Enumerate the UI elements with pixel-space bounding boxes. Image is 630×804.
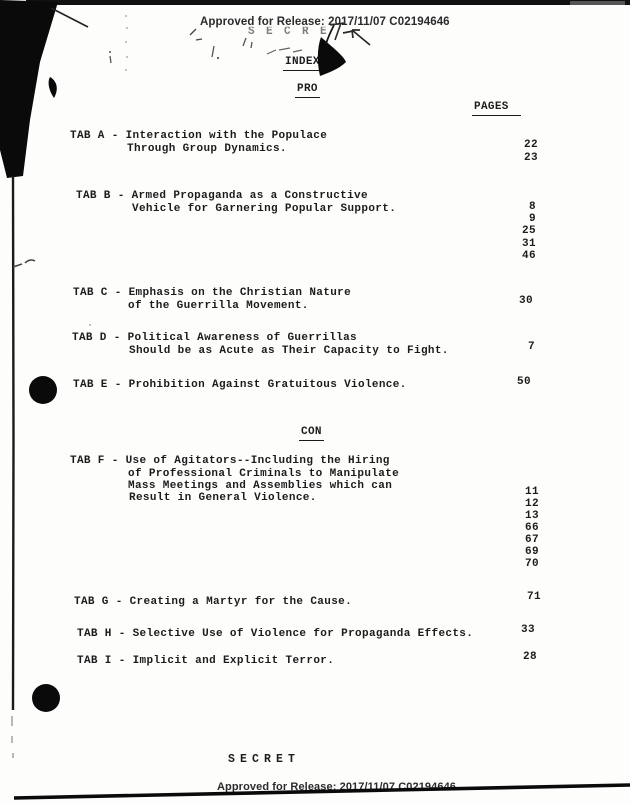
scan-artifacts-layer	[0, 0, 630, 804]
pen-annotation-marks	[212, 38, 252, 57]
page-number: 11	[525, 487, 539, 498]
approval-stamp-bottom: Approved for Release: 2017/11/07 C021946…	[217, 781, 456, 793]
pen-tick-before-stamp	[190, 29, 202, 40]
pen-dot	[217, 57, 219, 59]
toc-entry-line: TAB I - Implicit and Explicit Terror.	[77, 656, 334, 667]
page-number: 66	[525, 523, 539, 534]
toc-entry-line: Through Group Dynamics.	[127, 144, 287, 155]
page-number: 50	[517, 377, 531, 388]
page-number: 12	[525, 499, 539, 510]
page-number: 13	[525, 511, 539, 522]
page-number: 7	[528, 342, 535, 353]
page-number: 8	[529, 202, 536, 213]
toc-entry-line: of the Guerrilla Movement.	[128, 301, 309, 312]
section-heading-pro: PRO	[295, 84, 320, 98]
hole-punch-middle	[29, 376, 57, 404]
toc-entry-line: of Professional Criminals to Manipulate	[128, 469, 399, 480]
scan-speck	[89, 324, 91, 326]
scan-edge-line-left	[13, 176, 14, 710]
toc-entry-line: Mass Meetings and Assemblies which can	[128, 481, 392, 492]
stray-mark-i-dot	[109, 51, 111, 53]
pen-squiggle-above-title	[267, 48, 302, 54]
page-number: 31	[522, 239, 536, 250]
toc-entry-line: TAB H - Selective Use of Violence for Pr…	[77, 629, 473, 640]
toc-entry-line: Result in General Violence.	[129, 493, 317, 504]
toc-entry-line: TAB E - Prohibition Against Gratuitous V…	[73, 380, 407, 391]
ink-smudge-comma	[49, 77, 57, 98]
page-number: 25	[522, 226, 536, 237]
scan-dots-column	[125, 15, 128, 71]
page-number: 71	[527, 592, 541, 603]
toc-entry-line: TAB D - Political Awareness of Guerrilla…	[72, 333, 357, 344]
scan-wedge-top-left	[0, 0, 58, 178]
ink-blot	[318, 37, 346, 76]
pen-annotation-arrow	[343, 30, 370, 45]
toc-entry-line: TAB F - Use of Agitators--Including the …	[70, 456, 390, 467]
page-number: 22	[524, 140, 538, 151]
hole-punch-bottom	[32, 684, 60, 712]
classification-stamp-partial: S E C R E	[248, 27, 329, 35]
section-heading-con: CON	[299, 427, 324, 441]
classification-footer: S E C R E T	[228, 754, 294, 765]
toc-entry-line: Vehicle for Garnering Popular Support.	[132, 204, 396, 215]
page-number: 46	[522, 251, 536, 262]
document-title: INDEX	[283, 57, 322, 71]
toc-entry-line: TAB B - Armed Propaganda as a Constructi…	[76, 191, 368, 202]
pen-annotation-dash-left	[13, 260, 35, 267]
page-number: 23	[524, 153, 538, 164]
document-page: Approved for Release: 2017/11/07 C021946…	[0, 0, 630, 804]
scan-edge-dashes	[12, 716, 13, 758]
stray-mark-i	[110, 56, 111, 63]
scan-bar-top-faded	[570, 1, 625, 5]
page-number: 33	[521, 625, 535, 636]
pages-column-header: PAGES	[472, 102, 521, 116]
page-number: 30	[519, 296, 533, 307]
page-number: 28	[523, 652, 537, 663]
page-number: 67	[525, 535, 539, 546]
toc-entry-line: TAB C - Emphasis on the Christian Nature	[73, 288, 351, 299]
toc-entry-line: TAB A - Interaction with the Populace	[70, 131, 327, 142]
scan-line-diagonal	[51, 8, 88, 27]
page-number: 70	[525, 559, 539, 570]
page-number: 69	[525, 547, 539, 558]
scan-bar-top	[26, 0, 630, 5]
toc-entry-line: Should be as Acute as Their Capacity to …	[129, 346, 449, 357]
page-number: 9	[529, 214, 536, 225]
toc-entry-line: TAB G - Creating a Martyr for the Cause.	[74, 597, 352, 608]
